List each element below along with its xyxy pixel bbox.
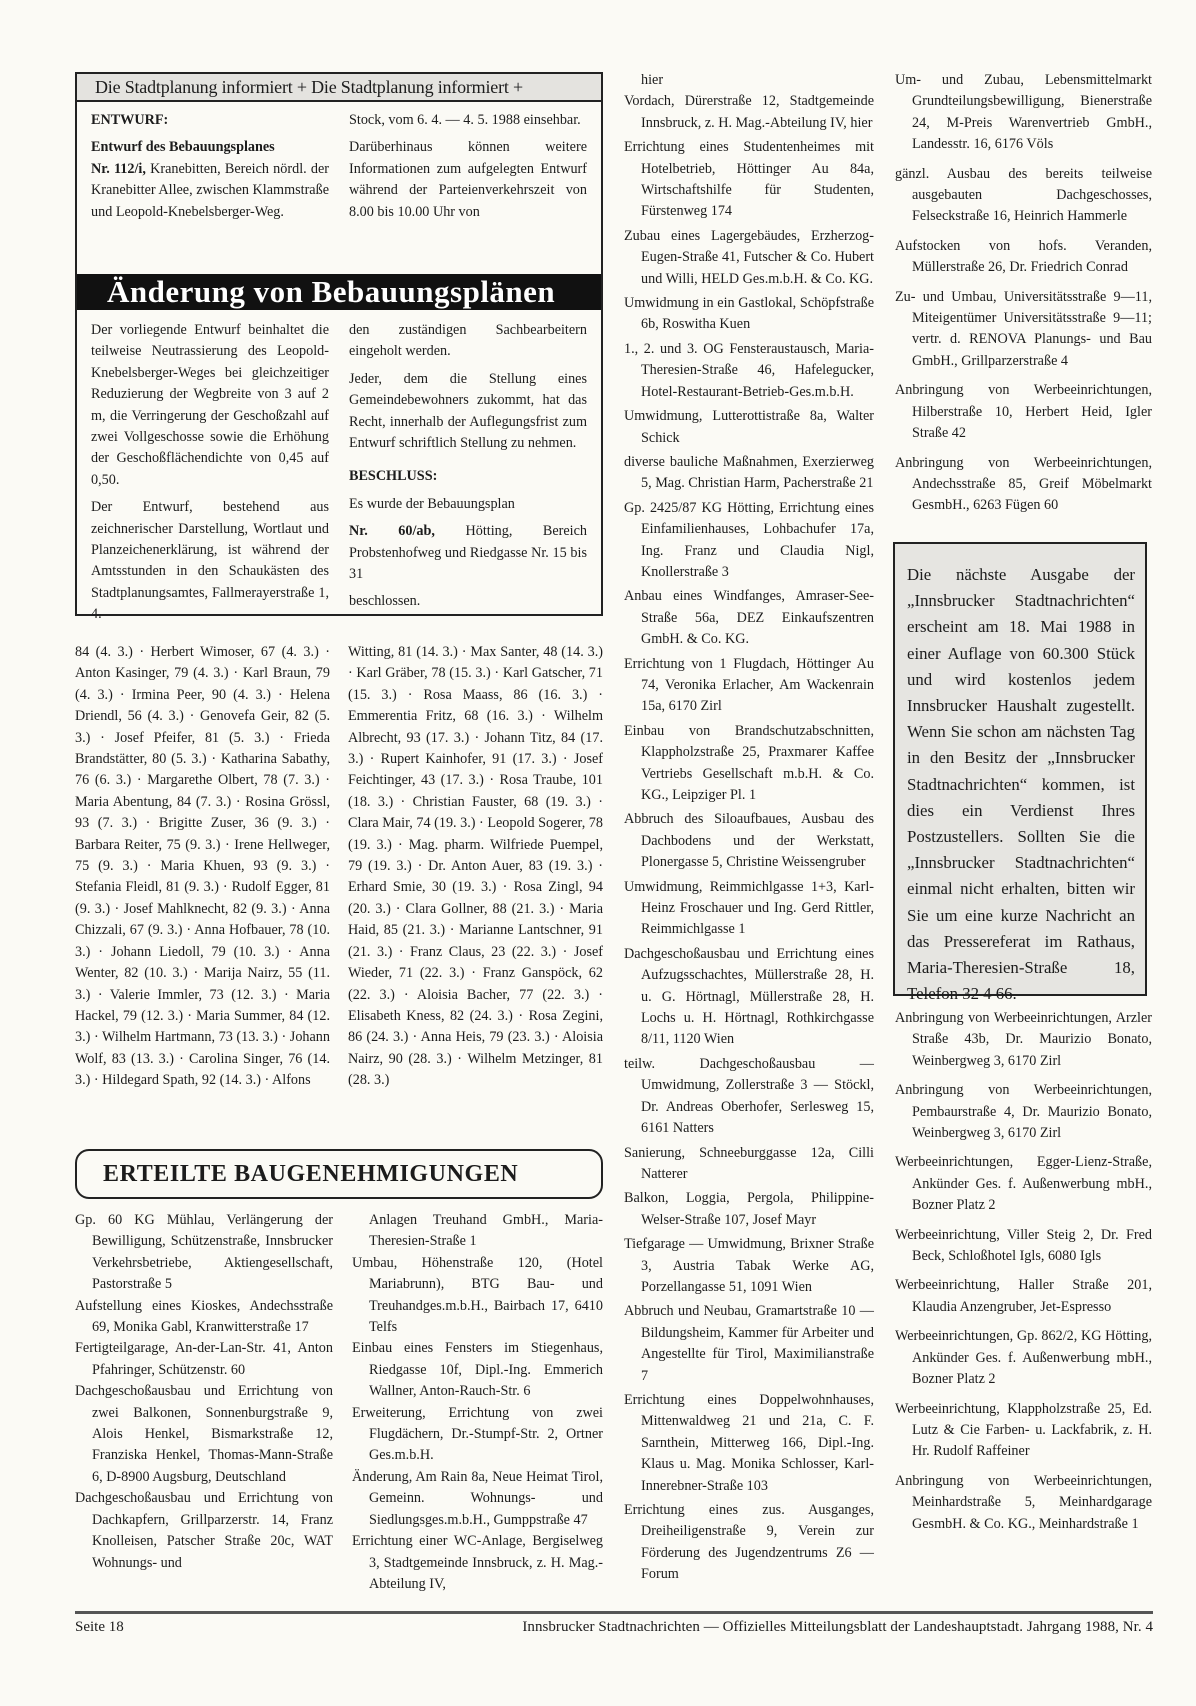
list-item: Einbau eines Fensters im Stiegenhaus, Ri… xyxy=(352,1338,603,1402)
list-item: Werbeeinrichtung, Viller Steig 2, Dr. Fr… xyxy=(895,1225,1152,1268)
list-item-continuation: Anlagen Treuhand GmbH., Maria-Theresien-… xyxy=(352,1210,603,1253)
list-item: Tiefgarage — Umwidmung, Brixner Straße 3… xyxy=(624,1234,874,1298)
list-item: Umwidmung in ein Gastlokal, Schöpfstraße… xyxy=(624,293,874,336)
list-item: Dachgeschoßausbau und Errichtung von zwe… xyxy=(75,1381,333,1488)
list-item: gänzl. Ausbau des bereits teilweise ausg… xyxy=(895,164,1152,228)
list-item: Anbringung von Werbeeinrichtungen, Arzle… xyxy=(895,1008,1152,1072)
aenderung-contact: den zuständigen Sachbearbeitern eingehol… xyxy=(349,320,587,363)
list-item: Anbau eines Windfanges, Amraser-See-Stra… xyxy=(624,586,874,650)
list-item: Zu- und Umbau, Universitätsstraße 9—11, … xyxy=(895,287,1152,373)
deaths-column-2: Witting, 81 (14. 3.) · Max Santer, 48 (1… xyxy=(348,642,603,1092)
list-item: Errichtung eines zus. Ausganges, Dreihei… xyxy=(624,1500,874,1586)
aenderung-rights: Jeder, dem die Stellung eines Gemeindebe… xyxy=(349,369,587,455)
stadtplanung-box: Die Stadtplanung informiert + Die Stadtp… xyxy=(75,72,603,616)
baugenehmigungen-column-4-bottom: Anbringung von Werbeeinrichtungen, Arzle… xyxy=(895,1008,1152,1535)
entwurf-info: Darüberhinaus können weitere Information… xyxy=(349,137,587,223)
list-item: Vordach, Dürerstraße 12, Stadtgemeinde I… xyxy=(624,91,874,134)
entwurf-left-column: ENTWURF: Entwurf des Bebauungsplanes Nr.… xyxy=(91,110,329,274)
list-item: Änderung, Am Rain 8a, Neue Heimat Tirol,… xyxy=(352,1467,603,1531)
baugenehmigungen-column-1: Gp. 60 KG Mühlau, Verlängerung der Bewil… xyxy=(75,1210,333,1574)
list-item: Errichtung eines Studentenheimes mit Hot… xyxy=(624,137,874,223)
list-item: Werbeeinrichtung, Haller Straße 201, Kla… xyxy=(895,1275,1152,1318)
list-item: Errichtung von 1 Flugdach, Höttinger Au … xyxy=(624,654,874,718)
entwurf-text: Nr. 112/i, Kranebitten, Bereich nördl. d… xyxy=(91,159,329,223)
list-item: Fertigteilgarage, An-der-Lan-Str. 41, An… xyxy=(75,1338,333,1381)
aenderung-title: Änderung von Bebauungsplänen xyxy=(77,274,601,310)
entwurf-number: Nr. 112/i, xyxy=(91,161,146,177)
deaths-list: 84 (4. 3.) · Herbert Wimoser, 67 (4. 3.)… xyxy=(75,642,603,1092)
list-item: Gp. 2425/87 KG Hötting, Errichtung eines… xyxy=(624,498,874,584)
list-item: Umbau, Höhenstraße 120, (Hotel Mariabrun… xyxy=(352,1253,603,1339)
entwurf-title: Entwurf des Bebauungsplanes xyxy=(91,137,329,158)
baugenehmigungen-title: ERTEILTE BAUGENEHMIGUNGEN xyxy=(75,1149,603,1199)
list-item: Werbeeinrichtung, Klappholzstraße 25, Ed… xyxy=(895,1399,1152,1463)
list-item: diverse bauliche Maßnahmen, Exerzierweg … xyxy=(624,452,874,495)
beschluss-plan: Nr. 60/ab, Hötting, Bereich Probstenhofw… xyxy=(349,521,587,585)
entwurf-right-column: Stock, vom 6. 4. — 4. 5. 1988 einsehbar.… xyxy=(349,110,587,274)
list-item: Balkon, Loggia, Pergola, Philippine-Wels… xyxy=(624,1188,874,1231)
entwurf-section: ENTWURF: Entwurf des Bebauungsplanes Nr.… xyxy=(77,102,601,274)
beschluss-label: BESCHLUSS: xyxy=(349,466,587,487)
list-item: Anbringung von Werbeeinrichtungen, Meinh… xyxy=(895,1471,1152,1535)
aenderung-right-column: den zuständigen Sachbearbeitern eingehol… xyxy=(349,320,587,626)
beschluss-result: beschlossen. xyxy=(349,591,587,612)
list-item: Sanierung, Schneeburggasse 12a, Cilli Na… xyxy=(624,1143,874,1186)
list-item: Errichtung eines Doppelwohnhauses, Mitte… xyxy=(624,1390,874,1497)
publication-title: Innsbrucker Stadtnachrichten — Offiziell… xyxy=(522,1617,1153,1637)
list-item: Einbau von Brandschutzabschnitten, Klapp… xyxy=(624,721,874,807)
aenderung-display-info: Der Entwurf, bestehend aus zeichnerische… xyxy=(91,497,329,625)
list-item: Aufstellung eines Kioskes, Andechsstraße… xyxy=(75,1296,333,1339)
list-item: Anbringung von Werbeeinrichtungen, Hilbe… xyxy=(895,380,1152,444)
list-item: Um- und Zubau, Lebensmittelmarkt Grundte… xyxy=(895,70,1152,156)
list-item-continuation: hier xyxy=(624,70,874,91)
entwurf-label: ENTWURF: xyxy=(91,110,329,131)
aenderung-section: Der vorliegende Entwurf beinhaltet die t… xyxy=(77,310,601,626)
list-item: Errichtung einer WC-Anlage, Bergiselweg … xyxy=(352,1531,603,1595)
list-item: Zubau eines Lagergebäudes, Erzherzog-Eug… xyxy=(624,226,874,290)
baugenehmigungen-column-2: Anlagen Treuhand GmbH., Maria-Theresien-… xyxy=(352,1210,603,1595)
baugenehmigungen-column-3: hier Vordach, Dürerstraße 12, Stadtgemei… xyxy=(624,70,874,1586)
next-issue-notice: Die nächste Ausgabe der „Innsbrucker Sta… xyxy=(893,542,1147,996)
list-item: Abbruch und Neubau, Gramartstraße 10 — B… xyxy=(624,1301,874,1387)
stadtplanung-header: Die Stadtplanung informiert + Die Stadtp… xyxy=(77,74,601,102)
list-item: Erweiterung, Errichtung von zwei Flugdäc… xyxy=(352,1403,603,1467)
list-item: Gp. 60 KG Mühlau, Verlängerung der Bewil… xyxy=(75,1210,333,1296)
list-item: Anbringung von Werbeeinrichtungen, Andec… xyxy=(895,453,1152,517)
list-item: Anbringung von Werbeeinrichtungen, Pemba… xyxy=(895,1080,1152,1144)
beschluss-number: Nr. 60/ab, xyxy=(349,523,435,539)
beschluss-text: Es wurde der Bebauungsplan xyxy=(349,494,587,515)
baugenehmigungen-column-4-top: Um- und Zubau, Lebensmittelmarkt Grundte… xyxy=(895,70,1152,517)
entwurf-period: Stock, vom 6. 4. — 4. 5. 1988 einsehbar. xyxy=(349,110,587,131)
list-item: teilw. Dachgeschoßausbau — Umwidmung, Zo… xyxy=(624,1054,874,1140)
aenderung-left-column: Der vorliegende Entwurf beinhaltet die t… xyxy=(91,320,329,626)
list-item: Umwidmung, Lutterottistraße 8a, Walter S… xyxy=(624,406,874,449)
list-item: Werbeeinrichtungen, Egger-Lienz-Straße, … xyxy=(895,1152,1152,1216)
aenderung-description: Der vorliegende Entwurf beinhaltet die t… xyxy=(91,320,329,491)
deaths-column-1: 84 (4. 3.) · Herbert Wimoser, 67 (4. 3.)… xyxy=(75,642,330,1092)
list-item: Umwidmung, Reimmichlgasse 1+3, Karl-Hein… xyxy=(624,877,874,941)
list-item: Werbeeinrichtungen, Gp. 862/2, KG Höttin… xyxy=(895,1326,1152,1390)
list-item: Aufstocken von hofs. Veranden, Müllerstr… xyxy=(895,236,1152,279)
list-item: Dachgeschoßausbau und Errichtung von Dac… xyxy=(75,1488,333,1574)
page-number: Seite 18 xyxy=(75,1617,124,1637)
list-item: Abbruch des Siloaufbaues, Ausbau des Dac… xyxy=(624,809,874,873)
list-item: Dachgeschoßausbau und Errichtung eines A… xyxy=(624,944,874,1051)
list-item: 1., 2. und 3. OG Fensteraustausch, Maria… xyxy=(624,339,874,403)
footer-divider xyxy=(75,1611,1153,1614)
